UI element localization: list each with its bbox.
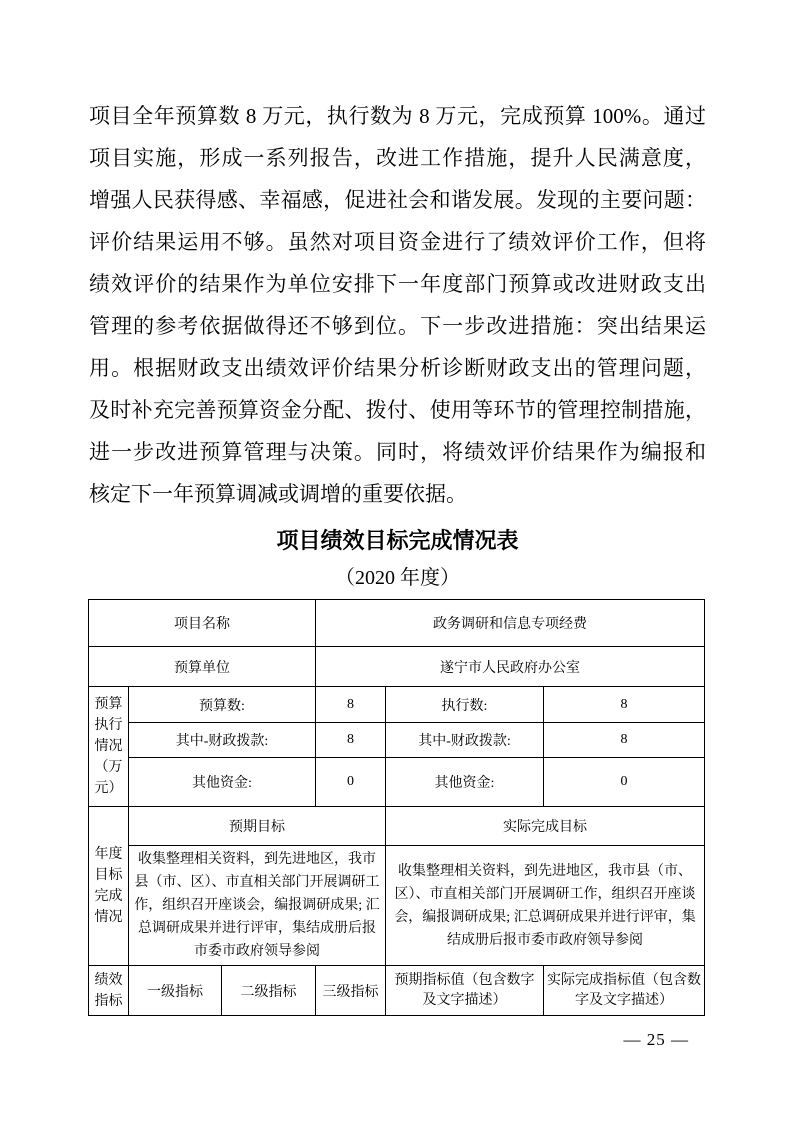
paragraph-line: 进一步改进预算管理与决策。同时，将绩效评价结果作为编报和 [89, 431, 706, 473]
annual-goal-section-header: 年度 目标 完成 情况 [89, 807, 129, 966]
fiscal-allocation-value-left: 8 [316, 723, 386, 758]
paragraph-line: 项目实施，形成一系列报告，改进工作措施，提升人民满意度， [89, 137, 706, 179]
paragraph-line: 管理的参考依据做得还不够到位。下一步改进措施：突出结果运 [89, 305, 706, 347]
paragraph-line: 项目全年预算数 8 万元，执行数为 8 万元，完成预算 100%。通过 [89, 95, 706, 137]
fiscal-allocation-label-left: 其中-财政拨款: [129, 723, 316, 758]
budget-unit-label: 预算单位 [89, 647, 316, 687]
project-name-value: 政务调研和信息专项经费 [316, 600, 705, 647]
body-paragraph: 项目全年预算数 8 万元，执行数为 8 万元，完成预算 100%。通过 项目实施… [89, 95, 706, 515]
paragraph-line: 用。根据财政支出绩效评价结果分析诊断财政支出的管理问题， [89, 347, 706, 389]
document-page: 项目全年预算数 8 万元，执行数为 8 万元，完成预算 100%。通过 项目实施… [0, 0, 793, 1122]
other-funds-value-right: 0 [544, 758, 705, 807]
other-funds-label-right: 其他资金: [386, 758, 544, 807]
level1-indicator-header: 一级指标 [129, 966, 222, 1016]
actual-goal-header: 实际完成目标 [386, 807, 705, 846]
page-number: — 25 — [624, 1030, 690, 1050]
paragraph-line: 核定下一年预算调减或调增的重要依据。 [89, 473, 706, 515]
performance-indicator-section-header: 绩效 指标 [89, 966, 129, 1016]
table-row-budget-unit: 预算单位 遂宁市人民政府办公室 [89, 647, 705, 687]
table-title: 项目绩效目标完成情况表 [89, 526, 706, 556]
actual-goal-text: 收集整理相关资料，到先进地区，我市县（市、区）、市直相关部门开展调研工作，组织召… [386, 846, 705, 966]
paragraph-line: 增强人民获得感、幸福感，促进社会和谐发展。发现的主要问题： [89, 179, 706, 221]
table-subtitle: （2020 年度） [89, 565, 706, 591]
paragraph-line: 评价结果运用不够。虽然对项目资金进行了绩效评价工作，但将 [89, 221, 706, 263]
expected-indicator-value-header: 预期指标值（包含数字及文字描述） [386, 966, 544, 1016]
table-row-goal-headers: 年度 目标 完成 情况 预期目标 实际完成目标 [89, 807, 705, 846]
paragraph-line: 及时补充完善预算资金分配、拨付、使用等环节的管理控制措施， [89, 389, 706, 431]
executed-amount-value: 8 [544, 687, 705, 723]
fiscal-allocation-value-right: 8 [544, 723, 705, 758]
table-row-fiscal-allocation: 其中-财政拨款: 8 其中-财政拨款: 8 [89, 723, 705, 758]
table-row-goal-content: 收集整理相关资料，到先进地区，我市县（市、区）、市直相关部门开展调研工作，组织召… [89, 846, 705, 966]
table-row-budget-amount: 预算 执行 情况 （万 元） 预算数: 8 执行数: 8 [89, 687, 705, 723]
executed-amount-label: 执行数: [386, 687, 544, 723]
fiscal-allocation-label-right: 其中-财政拨款: [386, 723, 544, 758]
level3-indicator-header: 三级指标 [316, 966, 386, 1016]
budget-amount-value: 8 [316, 687, 386, 723]
page-content: 项目全年预算数 8 万元，执行数为 8 万元，完成预算 100%。通过 项目实施… [0, 0, 793, 1016]
budget-unit-value: 遂宁市人民政府办公室 [316, 647, 705, 687]
table-row-project-name: 项目名称 政务调研和信息专项经费 [89, 600, 705, 647]
budget-exec-section-header: 预算 执行 情况 （万 元） [89, 687, 129, 807]
table-row-other-funds: 其他资金: 0 其他资金: 0 [89, 758, 705, 807]
project-name-label: 项目名称 [89, 600, 316, 647]
performance-goal-table: 项目名称 政务调研和信息专项经费 预算单位 遂宁市人民政府办公室 预算 执行 情… [88, 599, 705, 1016]
expected-goal-header: 预期目标 [129, 807, 386, 846]
paragraph-line: 绩效评价的结果作为单位安排下一年度部门预算或改进财政支出 [89, 263, 706, 305]
actual-indicator-value-header: 实际完成指标值（包含数字及文字描述） [544, 966, 705, 1016]
expected-goal-text: 收集整理相关资料，到先进地区，我市县（市、区）、市直相关部门开展调研工作，组织召… [129, 846, 386, 966]
level2-indicator-header: 二级指标 [222, 966, 316, 1016]
table-row-indicator-headers: 绩效 指标 一级指标 二级指标 三级指标 预期指标值（包含数字及文字描述） 实际… [89, 966, 705, 1016]
budget-amount-label: 预算数: [129, 687, 316, 723]
other-funds-label-left: 其他资金: [129, 758, 316, 807]
other-funds-value-left: 0 [316, 758, 386, 807]
